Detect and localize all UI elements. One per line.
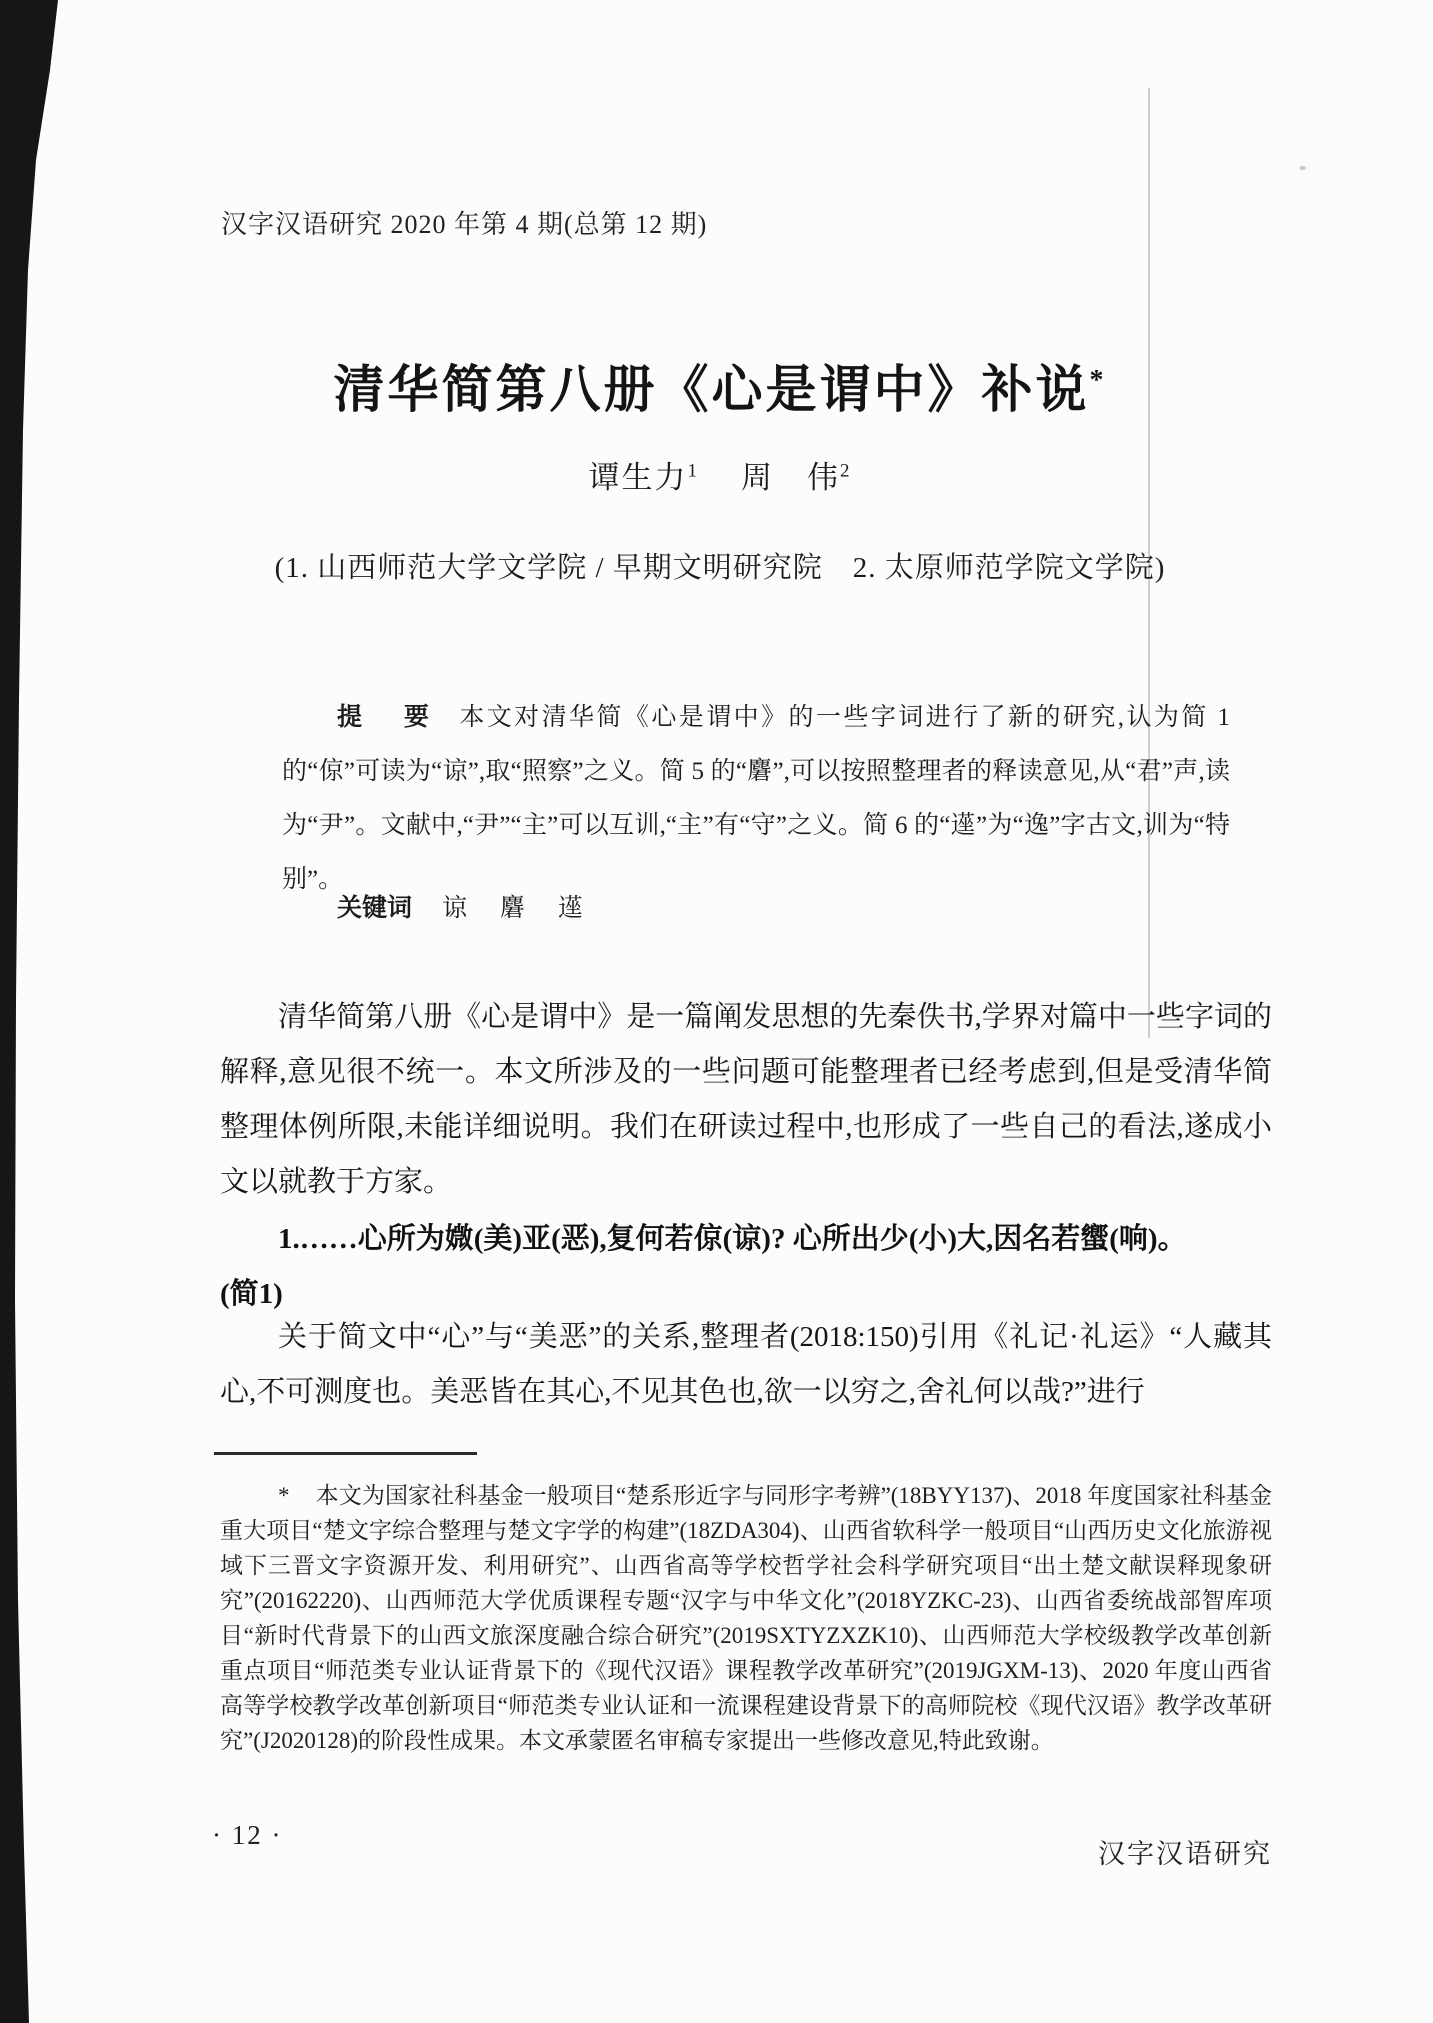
keywords-items: 谅 麏 遳 <box>442 895 587 922</box>
scan-speck-artifact <box>1299 166 1306 170</box>
title-footnote-marker: * <box>1090 365 1107 396</box>
article-title-text: 清华简第八册《心是谓中》补说 <box>333 363 1089 419</box>
keywords-line: 关键词谅 麏 遳 <box>282 888 1230 924</box>
scan-edge-artifact <box>0 0 70 2023</box>
author2-name: 周 伟 <box>741 460 840 495</box>
abstract-label: 提 要 <box>337 703 437 731</box>
page-number: · 12 · <box>212 1820 282 1851</box>
body-paragraph-2: 关于简文中“心”与“美恶”的关系,整理者(2018:150)引用《礼记·礼运》“… <box>220 1310 1272 1420</box>
scanned-paper-page: 汉字汉语研究 2020 年第 4 期(总第 12 期) 清华简第八册《心是谓中》… <box>0 0 1433 2023</box>
author1-affiliation-sup: 1 <box>688 461 700 482</box>
abstract-paragraph: 提 要本文对清华简《心是谓中》的一些字词进行了新的研究,认为简 1 的“倞”可读… <box>282 690 1230 907</box>
affiliation-line: (1. 山西师范大学文学院 / 早期文明研究院 2. 太原师范学院文学院) <box>120 545 1320 586</box>
footer-journal-name: 汉字汉语研究 <box>872 1832 1272 1871</box>
footnote-separator-rule <box>214 1452 477 1455</box>
section-1-heading: 1.……心所为媺(美)亚(恶),复何若倞(谅)? 心所出少(小)大,因名若蠁(响… <box>220 1212 1272 1322</box>
journal-running-head: 汉字汉语研究 2020 年第 4 期(总第 12 期) <box>221 204 707 241</box>
footnote-paragraph: *本文为国家社科基金一般项目“楚系形近字与同形字考辨”(18BYY137)、20… <box>220 1478 1272 1758</box>
keywords-label: 关键词 <box>337 894 412 922</box>
author2-affiliation-sup: 2 <box>840 461 852 482</box>
body-paragraph-1: 清华简第八册《心是谓中》是一篇阐发思想的先秦佚书,学界对篇中一些字词的解释,意见… <box>220 990 1272 1210</box>
author1-name: 谭生力 <box>589 460 688 495</box>
author-line: 谭生力1周 伟2 <box>120 452 1320 497</box>
footnote-marker: * <box>278 1483 290 1508</box>
article-title: 清华简第八册《心是谓中》补说* <box>120 348 1320 422</box>
abstract-text: 本文对清华简《心是谓中》的一些字词进行了新的研究,认为简 1 的“倞”可读为“谅… <box>282 704 1230 893</box>
footnote-text: 本文为国家社科基金一般项目“楚系形近字与同形字考辨”(18BYY137)、201… <box>220 1483 1272 1753</box>
section-1-heading-line1: 1.……心所为媺(美)亚(恶),复何若倞(谅)? 心所出少(小)大,因名若蠁(响… <box>220 1212 1272 1267</box>
